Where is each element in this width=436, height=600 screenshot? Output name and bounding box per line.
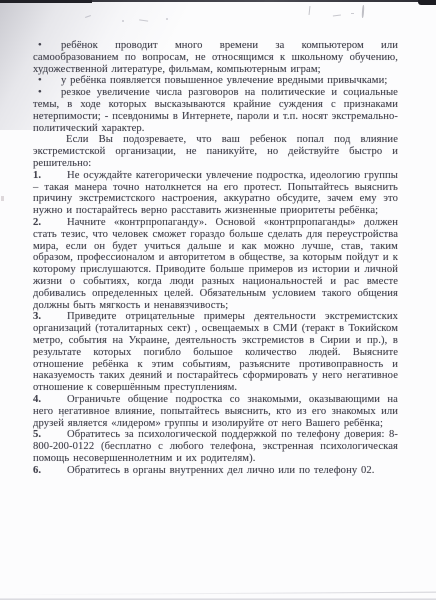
- scanned-document-page: •ребёнок проводит много времени за компь…: [0, 0, 436, 600]
- bullet-glyph: •: [33, 87, 61, 99]
- numbered-item: 3.Приведите отрицательные примеры деятел…: [33, 311, 398, 394]
- scan-speck: [1, 196, 4, 201]
- step-number: 4.: [33, 394, 67, 406]
- scan-edge-bottom-faint: [0, 592, 436, 596]
- numbered-item: 4.Ограничьте общение подростка со знаком…: [33, 394, 398, 429]
- pencil-mark: [309, 6, 311, 15]
- step-number: 3.: [33, 311, 67, 323]
- bullet-item: •ребёнок проводит много времени за компь…: [33, 40, 398, 75]
- bullet-glyph: •: [33, 40, 61, 52]
- pencil-mark: [85, 15, 91, 18]
- step-text: Приведите отрицательные примеры деятельн…: [33, 311, 398, 393]
- step-text: Ограничьте общение подростка со знакомым…: [33, 394, 398, 429]
- pencil-mark: [362, 5, 365, 18]
- bullet-text: резкое увеличение числа разговоров на по…: [33, 87, 398, 133]
- document-text: •ребёнок проводит много времени за компь…: [33, 40, 398, 476]
- step-text: Обратитесь в органы внутренних дел лично…: [67, 465, 375, 476]
- pencil-mark: [166, 18, 168, 20]
- bullet-text: у ребёнка появляется повышенное увлечени…: [61, 75, 387, 86]
- scan-edge-top-left-dark: [0, 0, 92, 3]
- intro-paragraph: Если Вы подозреваете, что ваш ребенок по…: [33, 134, 398, 169]
- step-text: Обратитесь за психологической поддержкой…: [33, 429, 398, 464]
- numbered-item: 6.Обратитесь в органы внутренних дел лич…: [33, 465, 398, 477]
- scan-edge-top-right-dark: [418, 0, 436, 5]
- step-text: Начните «контрпропаганду». Основой «конт…: [33, 217, 398, 311]
- bullet-item: •у ребёнка появляется повышенное увлечен…: [33, 75, 398, 87]
- pencil-mark: [122, 20, 124, 22]
- bullet-glyph: •: [33, 75, 61, 87]
- numbered-item: 5.Обратитесь за психологической поддержк…: [33, 429, 398, 464]
- bullet-text: ребёнок проводит много времени за компью…: [33, 40, 398, 75]
- pencil-mark: [351, 13, 354, 14]
- bullet-item: •резкое увеличение числа разговоров на п…: [33, 87, 398, 134]
- numbered-item: 1.Не осуждайте категорически увлечение п…: [33, 170, 398, 217]
- numbered-item: 2.Начните «контрпропаганду». Основой «ко…: [33, 217, 398, 311]
- step-text: Не осуждайте категорически увлечение под…: [33, 170, 398, 216]
- step-number: 2.: [33, 217, 67, 229]
- step-number: 5.: [33, 429, 67, 441]
- pencil-mark: [139, 19, 148, 23]
- step-number: 1.: [33, 170, 67, 182]
- pencil-mark: [333, 15, 341, 19]
- step-number: 6.: [33, 465, 67, 477]
